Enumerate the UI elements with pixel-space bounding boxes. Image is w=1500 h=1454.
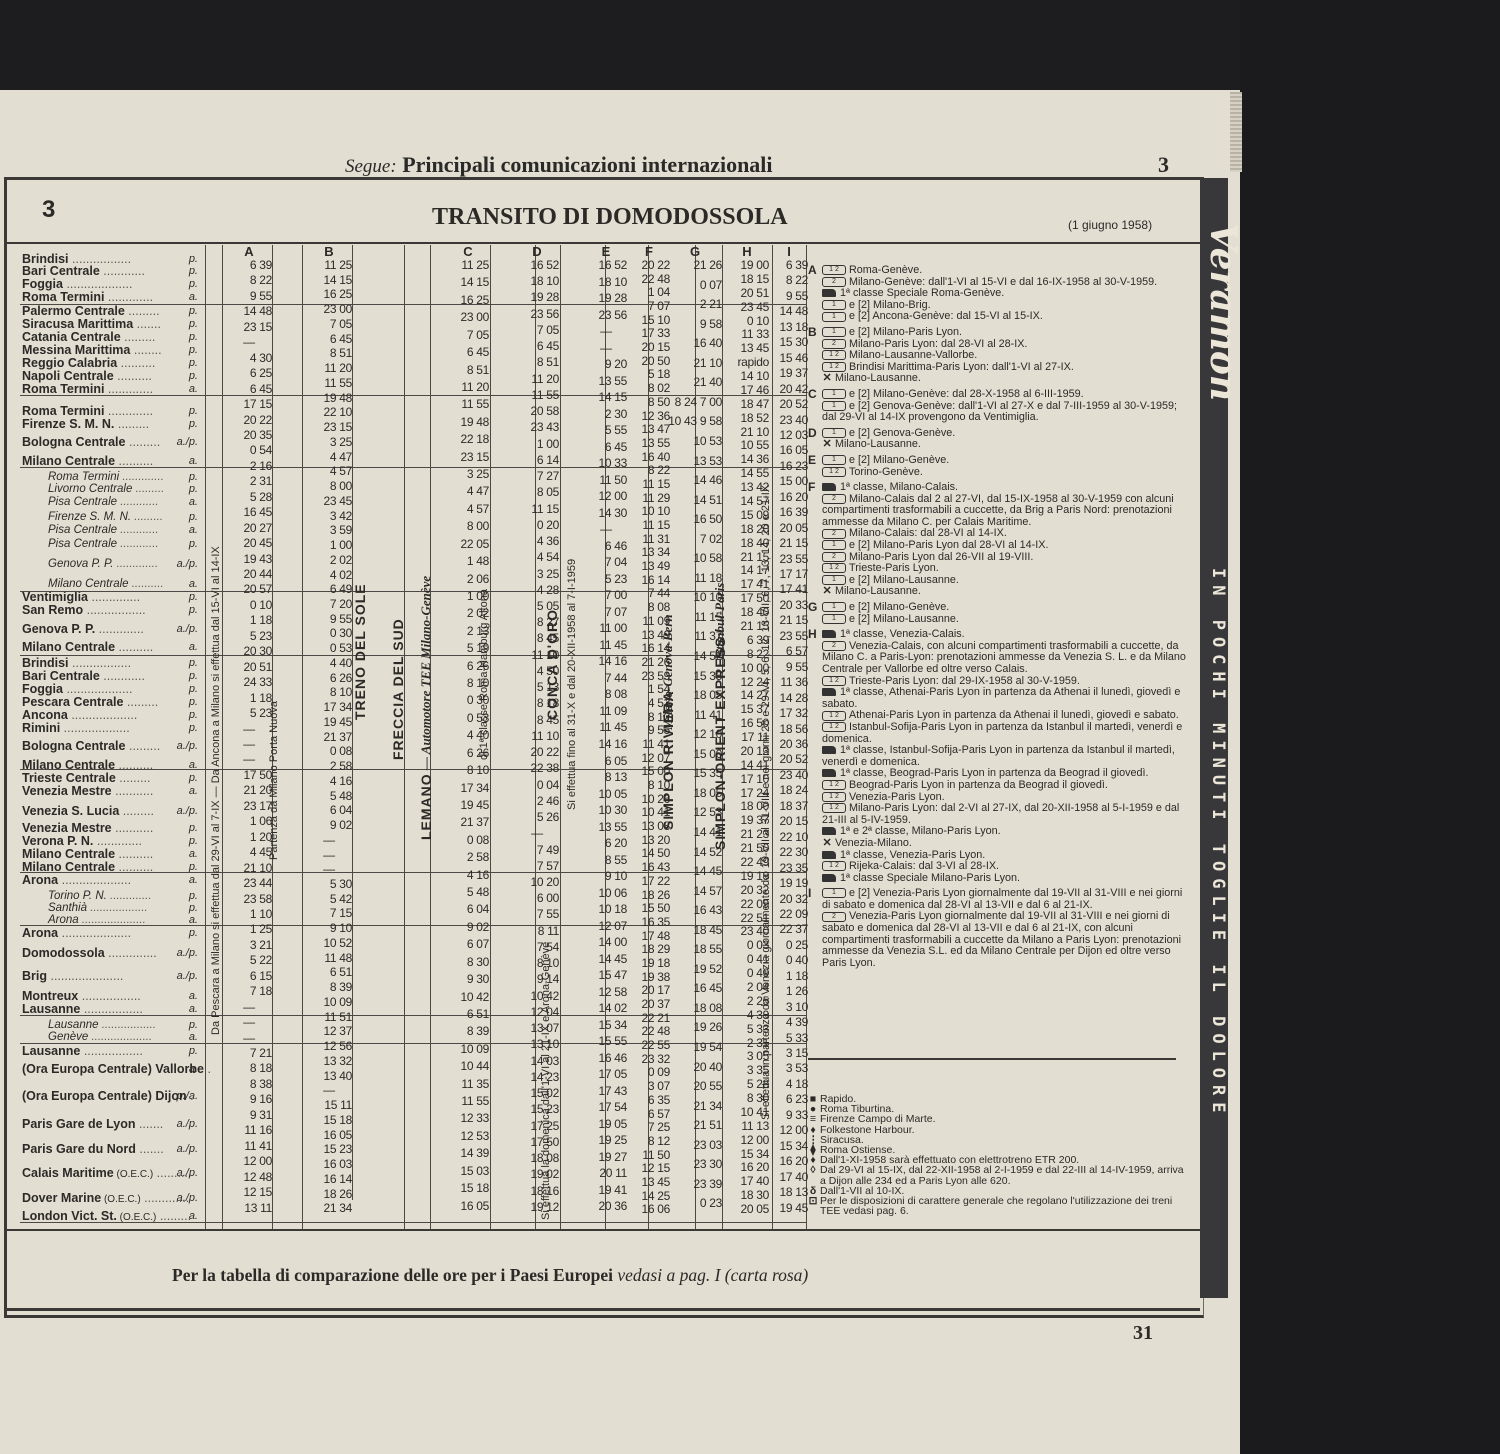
note-text: Milano-Lausanne. — [835, 585, 921, 597]
time-cell: 20 51 — [725, 286, 769, 300]
arrival-departure-marker: a. — [189, 640, 198, 654]
time-cell: 15 50 — [628, 901, 670, 915]
station-row: Milano Centrale ..........a. — [22, 454, 202, 468]
time-cell: 10 42 — [515, 989, 559, 1003]
leader-dots: ......... — [121, 330, 156, 344]
time-cell: 23 30 — [668, 1157, 722, 1171]
time-cell: 14 48 — [770, 304, 808, 318]
time-cell: — — [226, 1000, 272, 1014]
station-row: Roma Termini .............a. — [22, 290, 202, 304]
station-name: (Ora Europa Centrale) Vallorbe — [22, 1062, 204, 1076]
time-cell: 5 18 — [628, 367, 670, 381]
running-head: Segue: Principali comunicazioni internaz… — [0, 150, 1240, 180]
leader-dots: ......... — [132, 483, 164, 495]
note-text: Milano-Genève: dall'1-VI al 15-VI e dal … — [849, 276, 1157, 288]
bottom-rule — [4, 1308, 1200, 1311]
time-cell: 15 34 — [585, 1018, 627, 1032]
time-cell: 2 16 — [226, 459, 272, 473]
time-cell: 17 34 — [306, 700, 352, 714]
coach-icon: 1 — [822, 300, 846, 310]
time-cell: 7 02 — [668, 532, 722, 546]
station-name: Rimini — [22, 721, 60, 735]
time-cell: 6 46 — [585, 539, 627, 553]
time-cell: 4 57 — [447, 502, 489, 516]
vertical-note: Si effettua fino al 31-X e dal 20-XII-19… — [566, 559, 578, 810]
arrival-departure-marker: p. — [189, 317, 198, 331]
time-cell: — — [306, 848, 352, 862]
running-head-title: Segue: Principali comunicazioni internaz… — [345, 152, 773, 178]
time-cell: 23 00 — [306, 302, 352, 316]
row-divider — [20, 1222, 806, 1223]
station-name: Trieste Centrale — [22, 771, 116, 785]
time-cell: 8 55 — [585, 853, 627, 867]
time-cell: 18 29 — [628, 942, 670, 956]
station-row: Calais Maritime (O.E.C.) ..........a./p. — [22, 1166, 202, 1180]
arrival-departure-marker: a. — [189, 873, 198, 887]
time-cell: 22 10 — [306, 405, 352, 419]
coach-icon: 1 — [822, 389, 846, 399]
time-cell: 20 22 — [628, 258, 670, 272]
note-text: Beograd-Paris Lyon in partenza da Beogra… — [849, 779, 1108, 791]
station-name: Palermo Centrale — [22, 304, 125, 318]
station-name: Venezia Mestre — [22, 784, 112, 798]
station-suffix: (O.E.C.) — [101, 1194, 140, 1205]
time-cell: 14 48 — [226, 304, 272, 318]
time-cell: 15 00 — [770, 474, 808, 488]
time-cell: 6 45 — [447, 345, 489, 359]
station-name: Roma Termini — [22, 382, 104, 396]
time-cell: 21 20 — [226, 783, 272, 797]
station-name: Reggio Calabria — [22, 356, 117, 370]
time-cell: — — [585, 522, 627, 536]
note-text: e [2] Ancona-Genève: dal 15-VI al 15-IX. — [849, 310, 1043, 322]
time-cell: 6 26 — [306, 671, 352, 685]
symbol-row: ◊Dal 29-VI al 15-IX, dal 22-XII-1958 al … — [808, 1165, 1188, 1185]
section-number: 3 — [1158, 152, 1169, 178]
time-cell: 14 36 — [725, 452, 769, 466]
time-cell: 6 45 — [585, 440, 627, 454]
leader-dots: ........ — [130, 343, 161, 357]
station-name: Bologna Centrale — [22, 435, 126, 449]
sleeping-car-icon — [822, 874, 836, 882]
time-cell: 20 05 — [770, 521, 808, 535]
sleeping-car-icon — [822, 769, 836, 777]
time-cell: 16 03 — [306, 1157, 352, 1171]
time-cell: 8 08 — [585, 687, 627, 701]
arrival-departure-marker: p. — [189, 821, 198, 835]
time-cell: 3 10 — [770, 1000, 808, 1014]
time-cell: 0 20 — [515, 518, 559, 532]
column-divider — [302, 245, 303, 1230]
time-cell: 17 50 — [515, 1135, 559, 1149]
time-cell: 14 46 — [668, 473, 722, 487]
time-cell: 4 40 — [306, 656, 352, 670]
time-cell: 16 06 — [628, 1202, 670, 1216]
note-line: ✕Milano-Lausanne. — [822, 586, 1192, 598]
time-cell: 21 26 — [668, 258, 722, 272]
note-text: e [2] Genova-Genève. — [849, 427, 955, 439]
time-cell: 16 52 — [515, 258, 559, 272]
time-cell: 19 48 — [306, 391, 352, 405]
time-cell: 3 25 — [306, 435, 352, 449]
station-row: San Remo .................p. — [22, 603, 202, 617]
time-cell: 20 27 — [226, 521, 272, 535]
note-line: 1ª classe, Athenai-Paris Lyon in partenz… — [822, 687, 1192, 710]
coach-icon: 2 — [822, 552, 846, 562]
coach-icon: 2 — [822, 912, 846, 922]
time-cell: 10 05 — [585, 787, 627, 801]
time-cell: 16 23 — [770, 459, 808, 473]
time-cell: 10 43 9 58 — [668, 414, 722, 428]
column-label-e: E — [585, 244, 627, 259]
time-cell: 7 07 — [628, 299, 670, 313]
note-text: e [2] Milano-Paris Lyon. — [849, 326, 962, 338]
time-cell: 20 57 — [226, 582, 272, 596]
time-cell: 8 51 — [306, 346, 352, 360]
time-cell: 6 51 — [447, 1007, 489, 1021]
station-row: Foggia ...................p. — [22, 682, 202, 696]
station-row: Montreux .................a. — [22, 989, 202, 1003]
leader-dots: ......... — [126, 435, 161, 449]
time-cell: 13 20 — [628, 833, 670, 847]
note-key: E — [808, 455, 816, 467]
time-cell: 11 50 — [585, 473, 627, 487]
time-cell: 11 31 — [628, 532, 670, 546]
dining-car-icon: ✕ — [822, 586, 832, 598]
time-cell: 22 48 — [628, 272, 670, 286]
time-cell: 5 30 — [306, 877, 352, 891]
station-row: Napoli Centrale ..........p. — [22, 369, 202, 383]
time-cell: 11 55 — [447, 397, 489, 411]
leader-dots: .............. — [88, 590, 140, 604]
column-label-b: B — [306, 244, 352, 259]
station-name: Verona P. N. — [22, 834, 93, 848]
leader-dots: .......... — [114, 369, 152, 383]
dining-car-icon: ✕ — [822, 439, 832, 451]
leader-dots: ................... — [63, 682, 132, 696]
named-train-label: TRENO DEL SOLE — [352, 583, 368, 720]
time-cell: 11 20 — [515, 372, 559, 386]
time-cell: 20 42 — [770, 382, 808, 396]
time-cell: 14 57 — [668, 884, 722, 898]
coach-icon: 1 2 — [822, 803, 846, 813]
time-cell: 9 02 — [306, 818, 352, 832]
time-cell: 7 25 — [628, 1120, 670, 1134]
note-text: Milano-Paris Lyon dal 26-VII al 19-VIII. — [849, 551, 1033, 563]
time-cell: — — [585, 324, 627, 338]
time-cell: 12 58 — [585, 985, 627, 999]
note-key: D — [808, 428, 817, 440]
station-name: Foggia — [22, 277, 63, 291]
footer-note: Per la tabella di comparazione delle ore… — [172, 1265, 808, 1286]
boxed-dot-icon: ⊡ — [808, 1196, 818, 1206]
time-cell: 12 37 — [306, 1024, 352, 1038]
station-row: Arona ....................p. — [22, 926, 202, 940]
arrival-departure-marker: a./p. — [177, 435, 198, 449]
time-cell: 18 56 — [770, 722, 808, 736]
note-text: Venezia-Calais, con alcuni compartimenti… — [822, 640, 1186, 675]
time-cell: 18 26 — [628, 888, 670, 902]
time-cell: 4 30 — [226, 351, 272, 365]
time-cell: 20 11 — [585, 1166, 627, 1180]
station-row: Foggia ...................p. — [22, 277, 202, 291]
arrival-departure-marker: p. — [189, 656, 198, 670]
advertisement-strip: Veramon IN POCHI MINUTI TOGLIE IL DOLORE — [1200, 178, 1228, 1298]
station-row: Milano Centrale ..........a. — [22, 847, 202, 861]
time-cell: 8 22 — [770, 273, 808, 287]
time-cell: 14 15 — [447, 275, 489, 289]
time-cell: 9 55 — [226, 289, 272, 303]
arrival-departure-marker: a. — [189, 1002, 198, 1016]
note-line: 2Milano-Calais dal 2 al 27-VI, dal 15-IX… — [822, 494, 1192, 529]
time-cell: 15 18 — [447, 1181, 489, 1195]
station-name: Brindisi — [22, 656, 69, 670]
note-text: e [2] Milano-Genève. — [849, 601, 949, 613]
arrival-departure-marker: p. — [189, 771, 198, 785]
time-cell: 9 55 — [770, 660, 808, 674]
time-cell: 17 15 — [226, 397, 272, 411]
time-cell: 14 23 — [515, 1070, 559, 1084]
time-cell: 11 15 — [628, 518, 670, 532]
time-cell: 1 04 — [628, 285, 670, 299]
time-cell: 11 09 — [585, 704, 627, 718]
time-cell: 7 44 — [585, 671, 627, 685]
note-line: 1e [2] Venezia-Paris Lyon giornalmente d… — [822, 888, 1192, 911]
time-cell: 20 40 — [668, 1060, 722, 1074]
time-cell: 15 34 — [725, 1147, 769, 1161]
time-cell: 14 16 — [585, 654, 627, 668]
arrival-departure-marker: a./p. — [177, 1142, 198, 1156]
time-cell: 18 08 — [668, 1001, 722, 1015]
leader-dots: ......... — [123, 695, 158, 709]
time-cell: 4 47 — [447, 484, 489, 498]
coach-icon: 1 2 — [822, 792, 846, 802]
time-cell: 10 42 — [447, 990, 489, 1004]
time-cell: 17 40 — [770, 1170, 808, 1184]
time-cell: 8 22 — [628, 463, 670, 477]
time-cell: 3 42 — [306, 509, 352, 523]
time-cell: 22 09 — [770, 907, 808, 921]
time-cell: 13 45 — [628, 1175, 670, 1189]
station-name: San Remo — [22, 603, 83, 617]
note-text: 1ª e 2ª classe, Milano-Paris Lyon. — [840, 825, 1001, 837]
coach-icon: 1 2 — [822, 722, 846, 732]
note-line: 1e [2] Ancona-Genève: dal 15-VI al 15-IX… — [822, 311, 1192, 323]
time-cell: 4 28 — [515, 583, 559, 597]
time-cell: 7 05 — [447, 328, 489, 342]
time-cell: 13 55 — [585, 820, 627, 834]
station-row: Bari Centrale ............p. — [22, 264, 202, 278]
time-cell: 14 50 — [628, 846, 670, 860]
time-cell: 18 16 — [515, 1184, 559, 1198]
time-cell: 5 23 — [226, 706, 272, 720]
time-cell: 20 44 — [226, 567, 272, 581]
time-cell: 19 52 — [668, 962, 722, 976]
time-cell: 20 58 — [515, 404, 559, 418]
time-cell: 15 18 — [306, 1113, 352, 1127]
coach-icon: 2 — [822, 529, 846, 539]
note-text: 1ª classe, Beograd-Paris Lyon in partenz… — [840, 767, 1149, 779]
note-text: e [2] Genova-Genève: dall'1-VI al 27-X e… — [822, 400, 1177, 424]
station-row: Domodossola ..............a./p. — [22, 946, 202, 960]
time-cell: 14 15 — [585, 390, 627, 404]
note-key: B — [808, 327, 817, 339]
leader-dots: .......... — [115, 847, 153, 861]
time-cell: 23 35 — [770, 861, 808, 875]
station-row: Milano Centrale ..........a. — [48, 577, 202, 591]
arrival-departure-marker: a. — [189, 382, 198, 396]
sleeping-car-icon — [822, 851, 836, 859]
note-line: 1 2Torino-Genève. — [822, 467, 1192, 479]
note-text: e [2] Milano-Genève. — [849, 454, 949, 466]
coach-icon: 2 — [822, 339, 846, 349]
time-cell: — — [226, 1031, 272, 1045]
leader-dots: ............. — [104, 382, 153, 396]
time-cell: 8 22 — [226, 273, 272, 287]
coach-icon: 1 2 — [822, 676, 846, 686]
leader-dots: ........... — [112, 784, 154, 798]
station-name: Brig — [22, 969, 47, 983]
time-cell: 19 45 — [447, 798, 489, 812]
time-cell: 22 18 — [447, 432, 489, 446]
note-line: 2Venezia-Calais, con alcuni compartiment… — [822, 641, 1192, 676]
vertical-note: Partenza da Milano Porta Nuova — [268, 701, 280, 860]
time-cell: — — [226, 1015, 272, 1029]
time-cell: 14 28 — [770, 691, 808, 705]
leader-dots: .................... — [58, 926, 131, 940]
time-cell: 20 36 — [770, 737, 808, 751]
arrival-departure-marker: a. — [189, 577, 198, 591]
time-cell: 4 45 — [226, 845, 272, 859]
arrival-departure-marker: p. — [189, 1044, 198, 1058]
note-text: Rijeka-Calais: dal 3-VI al 28-IX. — [849, 860, 999, 872]
time-cell: 14 55 — [725, 466, 769, 480]
time-cell: 13 07 — [515, 1021, 559, 1035]
time-cell: 12 33 — [447, 1111, 489, 1125]
time-cell: 19 38 — [628, 970, 670, 984]
arrival-departure-marker: a./p. — [177, 1191, 198, 1205]
time-cell: 8 39 — [447, 1024, 489, 1038]
time-cell: 6 05 — [585, 754, 627, 768]
time-cell: 20 35 — [226, 428, 272, 442]
time-cell: 11 25 — [447, 258, 489, 272]
time-cell: 20 30 — [226, 644, 272, 658]
time-cell: 22 38 — [515, 761, 559, 775]
station-name: Napoli Centrale — [22, 369, 114, 383]
time-cell: 11 36 — [770, 675, 808, 689]
time-cell: 23 56 — [585, 308, 627, 322]
time-cell: 0 30 — [306, 626, 352, 640]
time-cell: 15 02 — [515, 1086, 559, 1100]
station-name: Bari Centrale — [22, 264, 100, 278]
time-cell: 8 08 — [628, 600, 670, 614]
time-cell: 13 18 — [770, 320, 808, 334]
time-cell: 8 12 — [628, 1134, 670, 1148]
time-cell: 10 06 — [585, 886, 627, 900]
time-cell: 11 16 — [226, 1123, 272, 1137]
table-title: TRANSITO DI DOMODOSSOLA — [432, 204, 788, 231]
time-cell: 3 25 — [447, 467, 489, 481]
time-cell: 1 00 — [515, 437, 559, 451]
time-cell: 7 21 — [226, 1046, 272, 1060]
time-cell: 11 45 — [585, 720, 627, 734]
leader-dots: ................. — [83, 603, 146, 617]
time-cell: 18 15 — [725, 272, 769, 286]
time-cell: 10 09 — [306, 995, 352, 1009]
time-cell: 16 20 — [725, 1160, 769, 1174]
time-cell: 13 49 — [628, 559, 670, 573]
column-divider — [222, 245, 223, 1230]
vertical-note: Si effettua in partenza da Venezia giorn… — [760, 485, 772, 1120]
note-text: e [2] Milano-Lausanne. — [849, 613, 959, 625]
time-cell: 12 07 — [585, 919, 627, 933]
note-text: Venezia-Paris Lyon giornalmente dal 19-V… — [822, 910, 1181, 968]
time-cell: 6 51 — [306, 965, 352, 979]
time-cell: 5 28 — [226, 490, 272, 504]
time-cell: 23 17 — [226, 799, 272, 813]
time-cell: 16 43 — [628, 860, 670, 874]
time-cell: 9 16 — [226, 1092, 272, 1106]
arrival-departure-marker: p. — [189, 603, 198, 617]
time-cell: 21 34 — [668, 1099, 722, 1113]
time-cell: 23 55 — [770, 629, 808, 643]
time-cell: 4 36 — [515, 534, 559, 548]
time-cell: 1 25 — [226, 922, 272, 936]
page-number: 31 — [1133, 1322, 1153, 1345]
arrival-departure-marker: p. — [189, 277, 198, 291]
time-cell: 22 55 — [628, 1038, 670, 1052]
time-cell: 14 02 — [585, 1001, 627, 1015]
time-cell: 15 23 — [515, 1102, 559, 1116]
time-cell: 12 48 — [226, 1170, 272, 1184]
leader-dots: .......... — [115, 454, 153, 468]
note-text: Trieste-Paris Lyon. — [849, 562, 939, 574]
time-cell: 9 58 — [668, 317, 722, 331]
time-cell: 16 20 — [770, 1154, 808, 1168]
time-cell: 19 19 — [770, 876, 808, 890]
arrival-departure-marker: p. — [189, 721, 198, 735]
time-cell: 23 15 — [226, 320, 272, 334]
time-cell: 11 15 — [515, 502, 559, 516]
time-cell: 4 57 — [306, 464, 352, 478]
note-text: Milano-Lausanne-Vallorbe. — [849, 349, 977, 361]
time-cell: 9 33 — [770, 1108, 808, 1122]
station-name: Lausanne — [22, 1002, 80, 1016]
time-cell: — — [306, 833, 352, 847]
time-cell: 11 10 — [515, 729, 559, 743]
station-row: Venezia Mestre ...........p. — [22, 821, 202, 835]
time-cell: 21 37 — [447, 815, 489, 829]
time-cell: 10 09 — [447, 1042, 489, 1056]
time-cell: 6 39 — [770, 258, 808, 272]
time-cell: 22 10 — [770, 830, 808, 844]
station-row: Firenze S. M. N. .........p. — [48, 510, 202, 524]
station-row: Verona P. N. .............p. — [22, 834, 202, 848]
time-cell: 1 18 — [770, 969, 808, 983]
station-row: Bari Centrale ............p. — [22, 669, 202, 683]
time-cell: 10 18 — [585, 902, 627, 916]
leader-dots: .............. — [105, 946, 157, 960]
time-cell: 14 45 — [668, 864, 722, 878]
column-label-a: A — [226, 244, 272, 259]
time-cell: 11 33 — [725, 327, 769, 341]
time-cell: 3 07 — [628, 1079, 670, 1093]
time-cell: 19 48 — [447, 415, 489, 429]
time-cell: 20 15 — [628, 340, 670, 354]
station-name: Catania Centrale — [22, 330, 121, 344]
sleeping-car-icon — [822, 746, 836, 754]
time-cell: 10 44 — [447, 1059, 489, 1073]
